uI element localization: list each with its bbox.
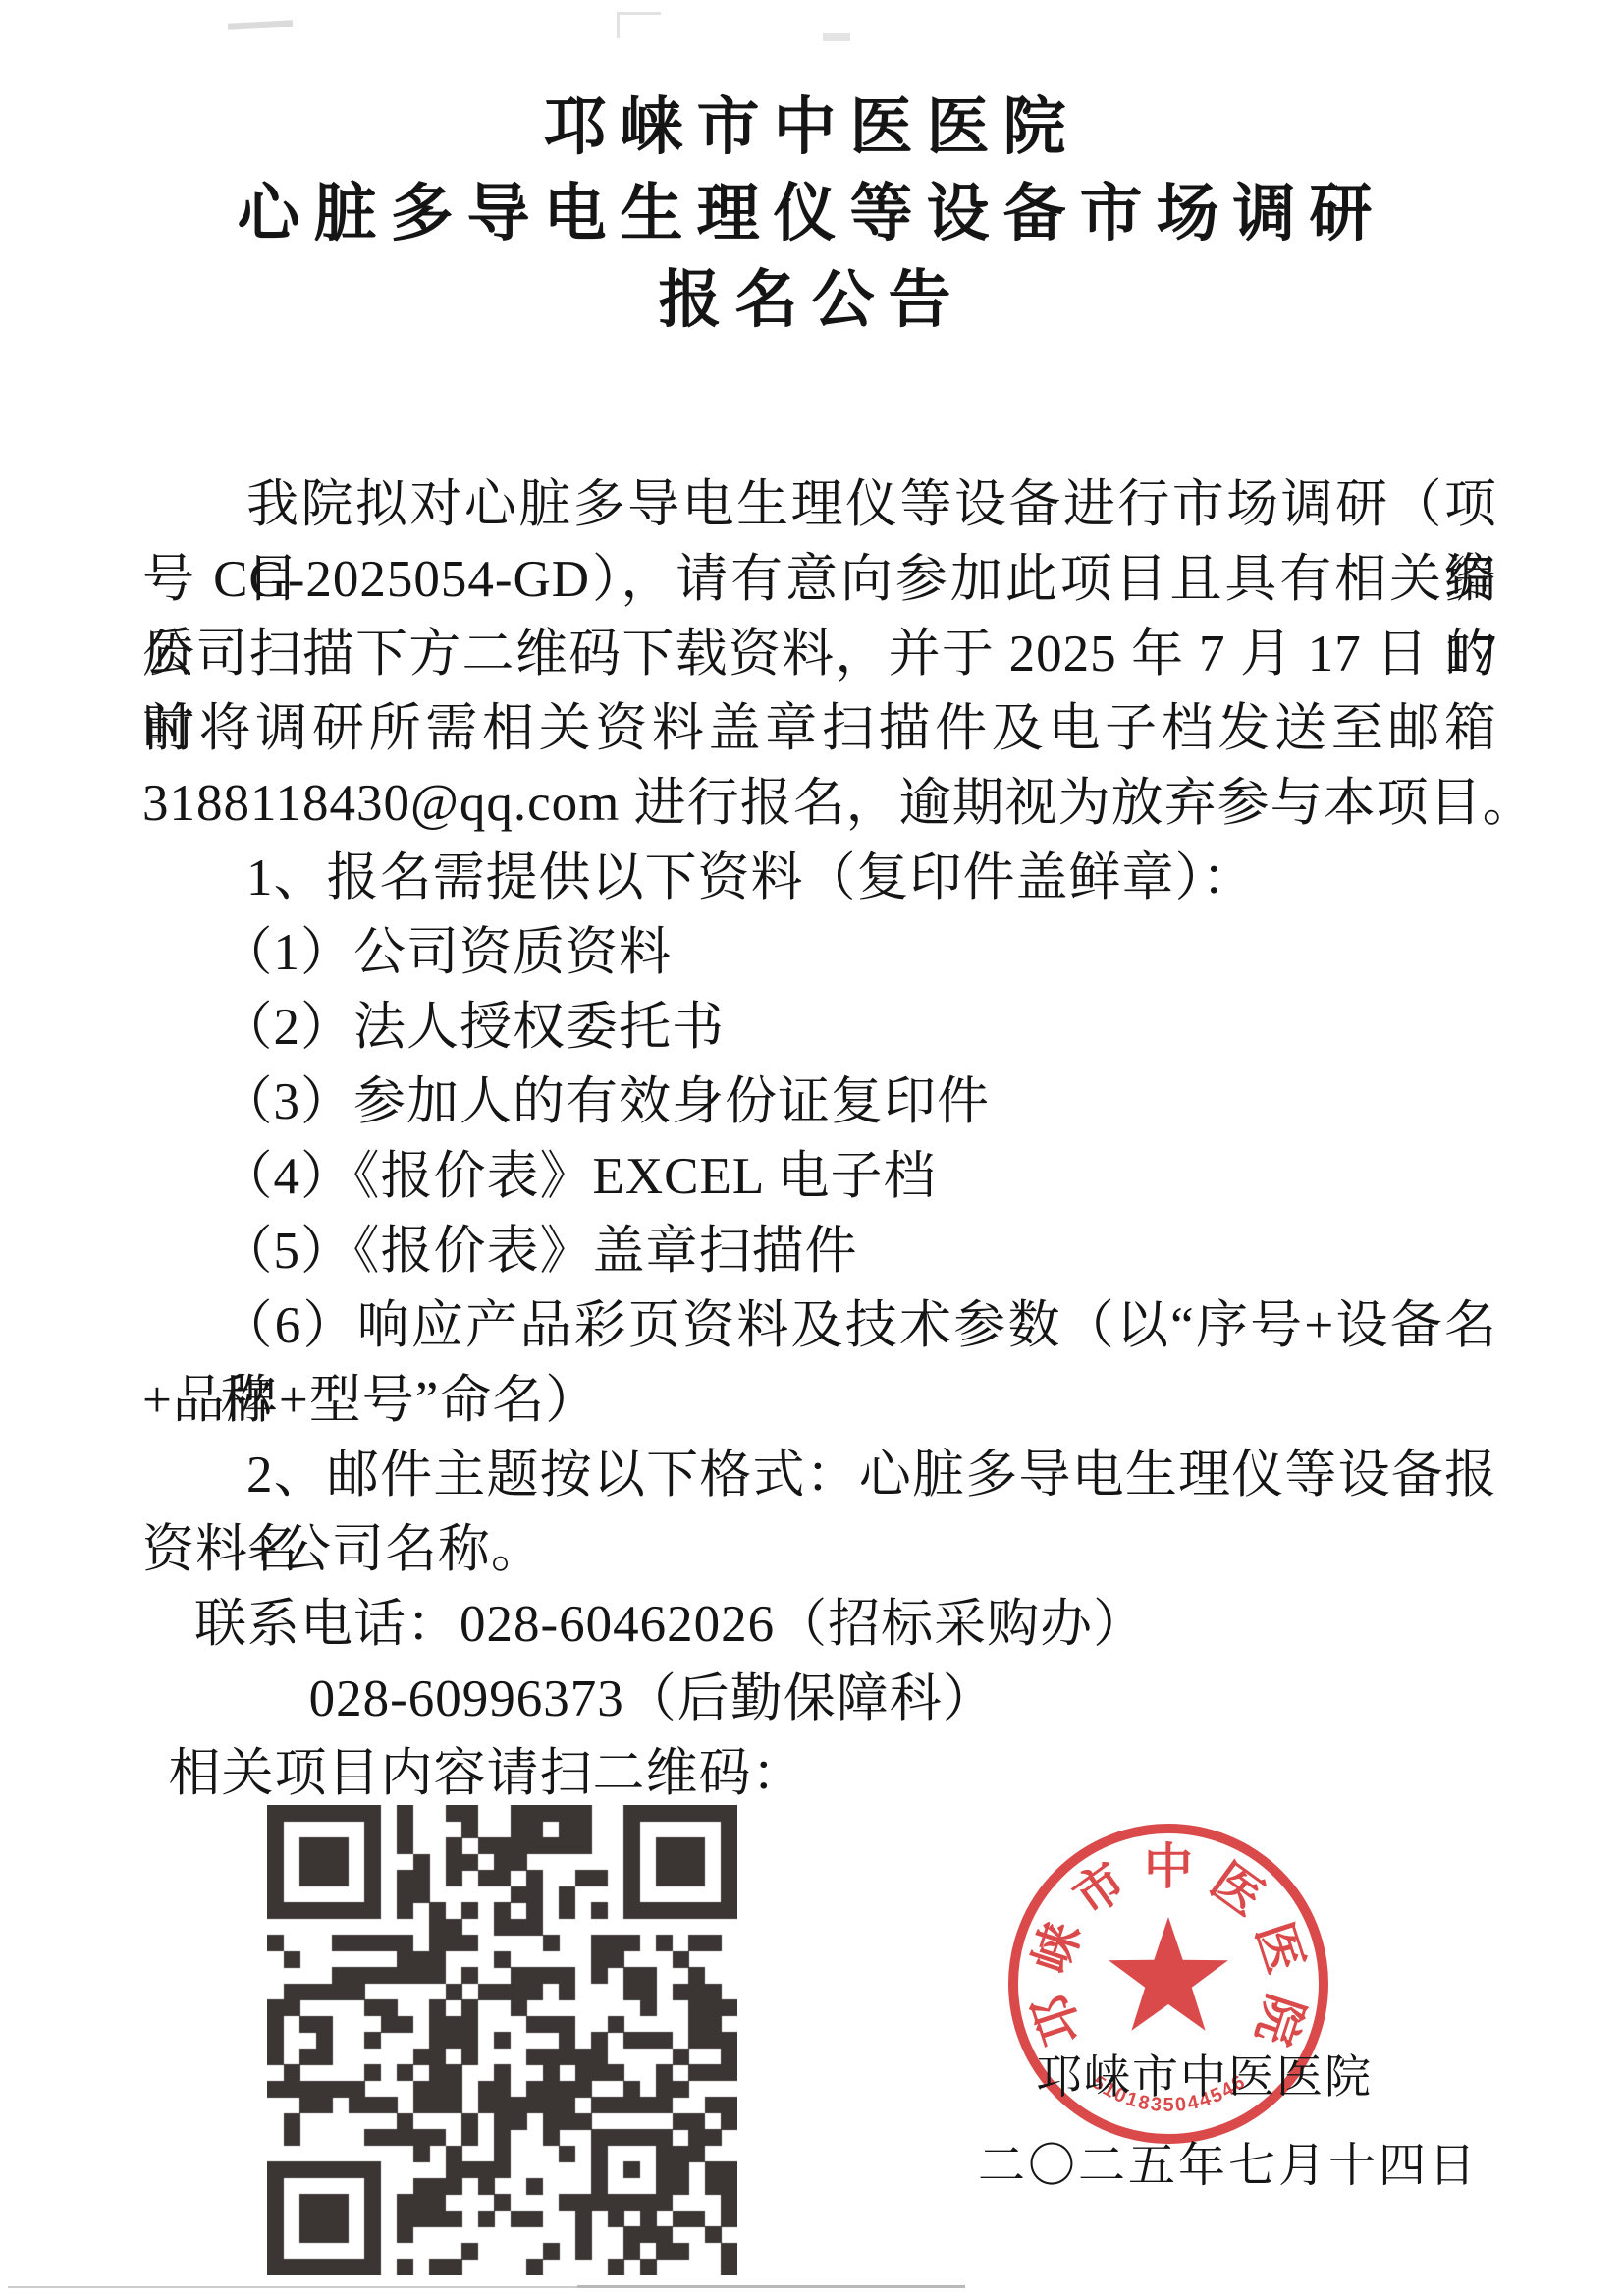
- document-title-block: 邛崃市中医医院 心脏多导电生理仪等设备市场调研 报名公告: [0, 84, 1623, 344]
- body-line: （5）《报价表》盖章扫描件: [142, 1214, 1497, 1288]
- body-line: （4）《报价表》EXCEL 电子档: [142, 1139, 1497, 1214]
- body-line: +品牌+型号”命名）: [142, 1363, 1497, 1438]
- body-line: 3188118430@qq.com 进行报名，逾期视为放弃参与本项目。: [142, 766, 1497, 841]
- scanned-announcement-page: 邛崃市中医医院 心脏多导电生理仪等设备市场调研 报名公告 我院拟对心脏多导电生理…: [0, 0, 1623, 2296]
- body-line: 公司扫描下方二维码下载资料，并于 2025 年 7 月 17 日 17 时: [142, 617, 1497, 691]
- signature-date: 二〇二五年七月十四日: [978, 2127, 1479, 2195]
- signature-org-name: 邛崃市中医医院: [1036, 2041, 1373, 2106]
- svg-text:医: 医: [1246, 1916, 1314, 1980]
- body-line: 1、报名需提供以下资料（复印件盖鲜章）：: [142, 841, 1497, 915]
- scan-artifact: [577, 2285, 965, 2288]
- body-line: 028-60996373（后勤保障科）: [142, 1662, 1497, 1736]
- announcement-type-title: 报名公告: [0, 257, 1623, 344]
- body-line: 前将调研所需相关资料盖章扫描件及电子档发送至邮箱: [142, 691, 1497, 766]
- body-line: （2）法人授权委托书: [142, 990, 1497, 1065]
- scan-artifact: [617, 12, 661, 38]
- scan-artifact: [823, 33, 850, 41]
- body-line: 2、邮件主题按以下格式：心脏多导电生理仪等设备报名: [142, 1438, 1497, 1512]
- scan-artifact: [228, 20, 293, 29]
- hospital-name-title: 邛崃市中医医院: [0, 84, 1623, 171]
- body-line: 我院拟对心脏多导电生理仪等设备进行市场调研（项目编: [142, 467, 1497, 542]
- svg-text:中: 中: [1144, 1839, 1193, 1894]
- body-line: （6）响应产品彩页资料及技术参数（以“序号+设备名称: [142, 1288, 1497, 1363]
- body-line: （3）参加人的有效身份证复印件: [142, 1065, 1497, 1139]
- svg-text:崃: 崃: [1023, 1916, 1091, 1980]
- body-line: 相关项目内容请扫二维码：: [142, 1736, 1497, 1811]
- body-line: 资料+公司名称。: [142, 1512, 1497, 1587]
- qr-code: [267, 1805, 737, 2275]
- body-line: 联系电话：028-60462026（招标采购办）: [142, 1587, 1497, 1662]
- body-line: 号 CG-2025054-GD），请有意向参加此项目且具有相关资质的: [142, 542, 1497, 617]
- project-name-title: 心脏多导电生理仪等设备市场调研: [0, 171, 1623, 257]
- body-line: （1）公司资质资料: [142, 915, 1497, 990]
- announcement-body: 我院拟对心脏多导电生理仪等设备进行市场调研（项目编号 CG-2025054-GD…: [142, 467, 1497, 1811]
- scan-artifact: [8, 2286, 965, 2288]
